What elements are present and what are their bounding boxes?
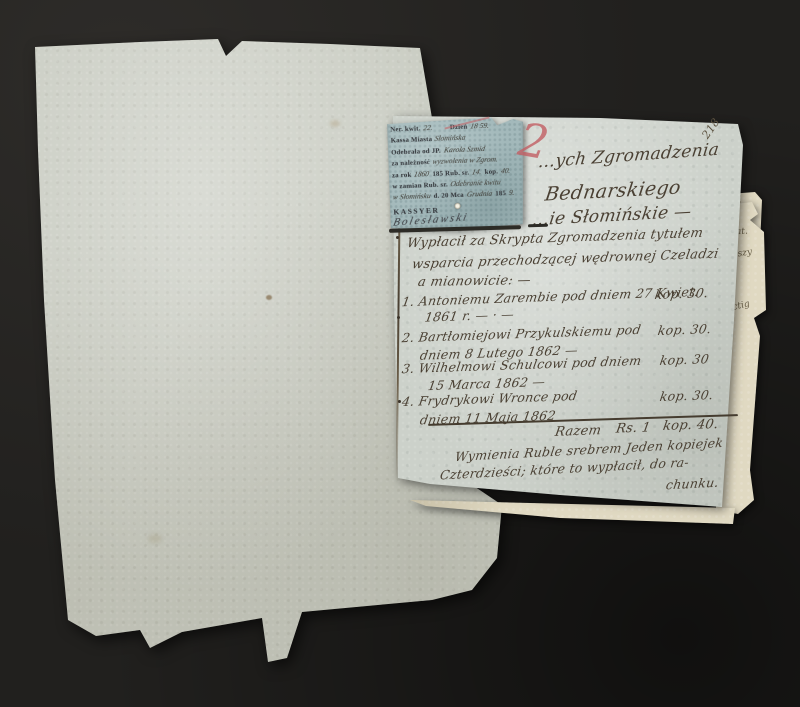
slip-month-value: Grudnia (466, 189, 493, 200)
archival-photo: { "colors": { "background": "#21201e", "… (0, 0, 800, 707)
slip-zamian-value: Odebranie kwitu (450, 177, 502, 189)
slip-rok-label: za rok (392, 170, 412, 181)
slip-rub-value: 14. (471, 167, 482, 178)
stitch-hole (397, 316, 400, 319)
stitch-hole (398, 400, 401, 403)
receipt-slip: Ner. kwit. 22. Dzień 18 59. Kassa Miasta… (387, 117, 525, 231)
slip-year-value: 9. (508, 188, 515, 199)
slip-year-label: 185 (495, 190, 506, 201)
item-4-amount: kop. 30. (660, 387, 714, 404)
item-1-amount: kop. 30. (655, 285, 709, 302)
item-3-amount: kop. 30 (660, 351, 710, 368)
item-2-amount: kop. 30. (658, 321, 712, 338)
total-label: Razem (555, 423, 602, 440)
slip-kassa-value: Słomińska (434, 133, 467, 145)
slip-rok-value: 1860 (413, 169, 430, 180)
slip-odebrala-value: Karola Szmid (443, 144, 486, 156)
item-1-line-2: 1861 r. — · — (425, 306, 515, 324)
stitch-hole (396, 236, 399, 239)
slip-no-label: Ner. kwit. (390, 124, 421, 136)
slip-kassa-label: Kassa Miasta (391, 135, 433, 147)
slip-kop-value: 40. (500, 166, 511, 177)
slip-kop-label: kop. (484, 167, 498, 178)
pin-hole (455, 203, 461, 209)
total-rubles: Rs. 1 (616, 420, 651, 436)
slip-no-value: 22. (423, 123, 434, 134)
intro-line-3: a mianowicie: — (418, 273, 531, 290)
closing-line-3: chunku. (666, 475, 720, 493)
slip-place-value: w Słomińsku (392, 191, 432, 203)
ink-spot (266, 295, 272, 300)
slip-date-label: d. 20 Mca (433, 191, 464, 203)
total-kopecks: kop. 40. (663, 417, 719, 434)
foxing-stain (330, 120, 340, 127)
foxing-stain (148, 534, 162, 543)
